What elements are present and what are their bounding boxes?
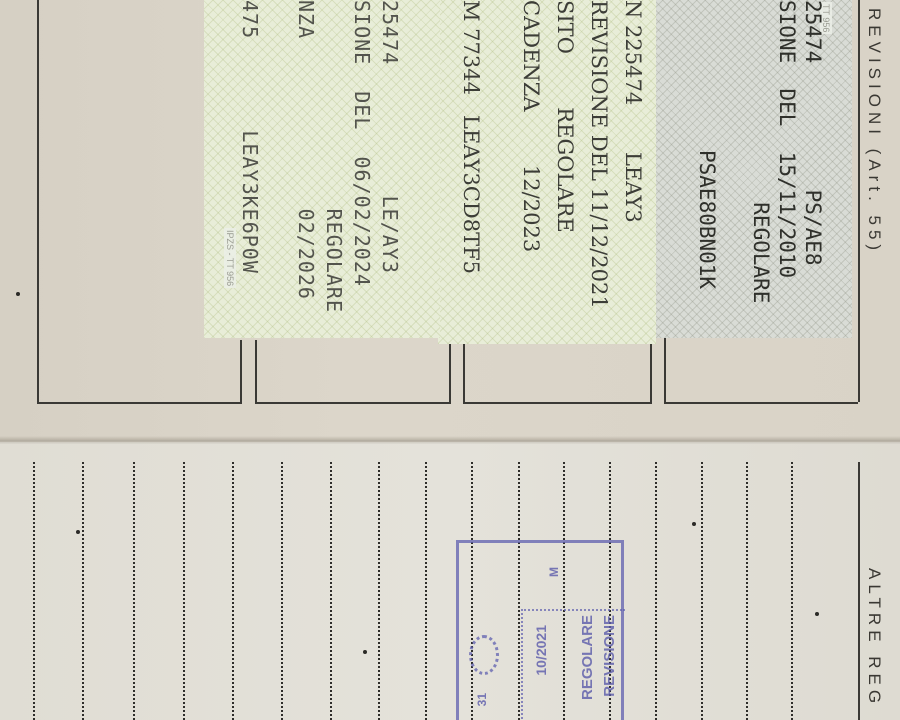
ink-speck [16,292,20,296]
sticker-line: PSAE80BN01K [696,150,717,338]
frame-line [858,0,860,402]
dotted-rule [378,462,380,720]
dotted-rule [232,462,234,720]
revision-sticker-2010: TT 956 25474 PS/AE8 SIONE DEL 15/11/2010… [652,0,852,338]
dotted-rule [82,462,84,720]
sticker-line: 475 LEAY3KE6P0W [240,0,260,338]
stamp-text: REVISIONE [601,615,618,697]
dotted-rule [330,462,332,720]
frame-line [37,0,39,404]
stamp-text: 10/2021 [533,625,549,676]
frame-line [255,402,451,404]
sticker-line: 25474 LE/AY3 [380,0,400,338]
sticker-line: SIONE DEL 06/02/2024 [352,0,372,338]
frame-line [255,340,257,404]
revision-sticker-2021: N 225474 LEAY3 REVISIONE DEL 11/12/2021 … [438,0,656,344]
dotted-rule [33,462,35,720]
sticker-line: REVISIONE DEL 11/12/2021 [588,0,609,344]
section-title-revisioni: REVISIONI (Art. 55) [864,8,884,255]
revision-stamp: REVISIONE REGOLARE 10/2021 M 31 [456,540,624,720]
dotted-rule [425,462,427,720]
ink-speck [692,522,696,526]
dotted-rule [183,462,185,720]
sticker-line: SIONE DEL 15/11/2010 [776,0,797,338]
sticker-line: N 225474 LEAY3 [622,0,643,344]
ink-speck [76,530,80,534]
stamp-text: M [547,567,561,577]
sticker-line: REGOLARE [324,0,344,338]
frame-line [664,402,858,404]
stamp-text: REGOLARE [579,615,596,700]
sticker-line: M 77344 LEAY3CD8TF5 [460,0,481,344]
revision-sticker-2024: 25474 LE/AY3 SIONE DEL 06/02/2024 REGOLA… [204,0,440,338]
dotted-rule [133,462,135,720]
stamp-ring [469,635,499,675]
dotted-rule [655,462,657,720]
stamp-text: 31 [475,693,489,706]
sticker-line: REGOLARE [750,0,771,338]
frame-line [858,462,860,720]
frame-line [463,402,651,404]
dotted-rule [791,462,793,720]
sticker-code: IPZS - TT 956 [224,228,236,288]
frame-line [240,340,242,404]
ink-speck [363,650,367,654]
dotted-rule [281,462,283,720]
altre-registrazioni-page [0,440,900,720]
section-title-altre-registrazioni: ALTRE REG [864,568,884,708]
frame-line [37,402,241,404]
sticker-line: NZA 02/2026 [296,0,316,338]
dotted-rule [701,462,703,720]
dotted-rule [746,462,748,720]
sticker-line: SITO REGOLARE [554,0,575,344]
sticker-line: 25474 PS/AE8 [802,0,823,338]
sticker-line: CADENZA 12/2023 [520,0,541,344]
page-fold [0,436,900,444]
ink-speck [815,612,819,616]
